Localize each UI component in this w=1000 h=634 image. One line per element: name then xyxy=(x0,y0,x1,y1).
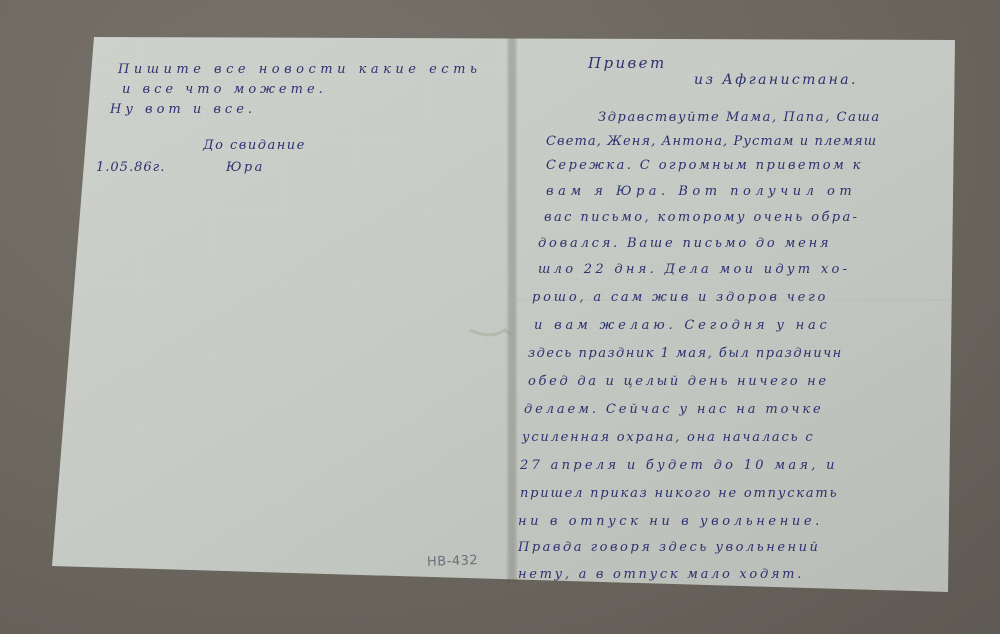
body-line-1: Здравствуйте Мама, Папа, Саша xyxy=(598,110,881,125)
body-line-15: пришел приказ никого не отпускать xyxy=(520,486,838,501)
body-line-16: ни в отпуск ни в увольнение. xyxy=(518,514,823,529)
body-line-14: 27 апреля и будет до 10 мая, и xyxy=(520,458,838,473)
signature: Юра xyxy=(226,160,265,175)
letter-date: 1.05.86г. xyxy=(96,160,165,175)
left-line-3: Ну вот и все. xyxy=(110,102,256,117)
body-line-2: Света, Женя, Антона, Рустам и племяш xyxy=(546,134,877,149)
archive-inventory-mark: НВ-432 xyxy=(427,553,479,570)
body-line-17: Правда говоря здесь увольнений xyxy=(518,540,820,555)
body-line-13: усиленная охрана, она началась с xyxy=(522,430,814,445)
left-line-2: и все что можете. xyxy=(122,82,327,97)
body-line-10: здесь праздник 1 мая, был праздничн xyxy=(528,346,843,361)
left-line-1: Пишите все новости какие есть xyxy=(118,62,481,77)
closing-farewell: До свидание xyxy=(203,138,306,153)
body-line-7: шло 22 дня. Дела мои идут хо- xyxy=(538,262,850,277)
body-line-5: вас письмо, которому очень обра- xyxy=(544,210,859,225)
body-line-4: вам я Юра. Вот получил от xyxy=(546,184,856,199)
body-line-12: делаем. Сейчас у нас на точке xyxy=(524,402,824,417)
body-line-18: нету, а в отпуск мало ходят. xyxy=(518,567,804,582)
body-line-8: рошо, а сам жив и здоров чего xyxy=(532,290,828,305)
greeting-line-2: из Афганистана. xyxy=(694,72,858,88)
body-line-3: Сережка. С огромным приветом к xyxy=(546,158,863,173)
body-line-9: и вам желаю. Сегодня у нас xyxy=(534,318,831,333)
letter-sheet: Пишите все новости какие есть и все что … xyxy=(0,0,1000,634)
greeting-line-1: Привет xyxy=(588,54,667,72)
body-line-6: довался. Ваше письмо до меня xyxy=(538,236,831,251)
body-line-11: обед да и целый день ничего не xyxy=(528,374,829,389)
